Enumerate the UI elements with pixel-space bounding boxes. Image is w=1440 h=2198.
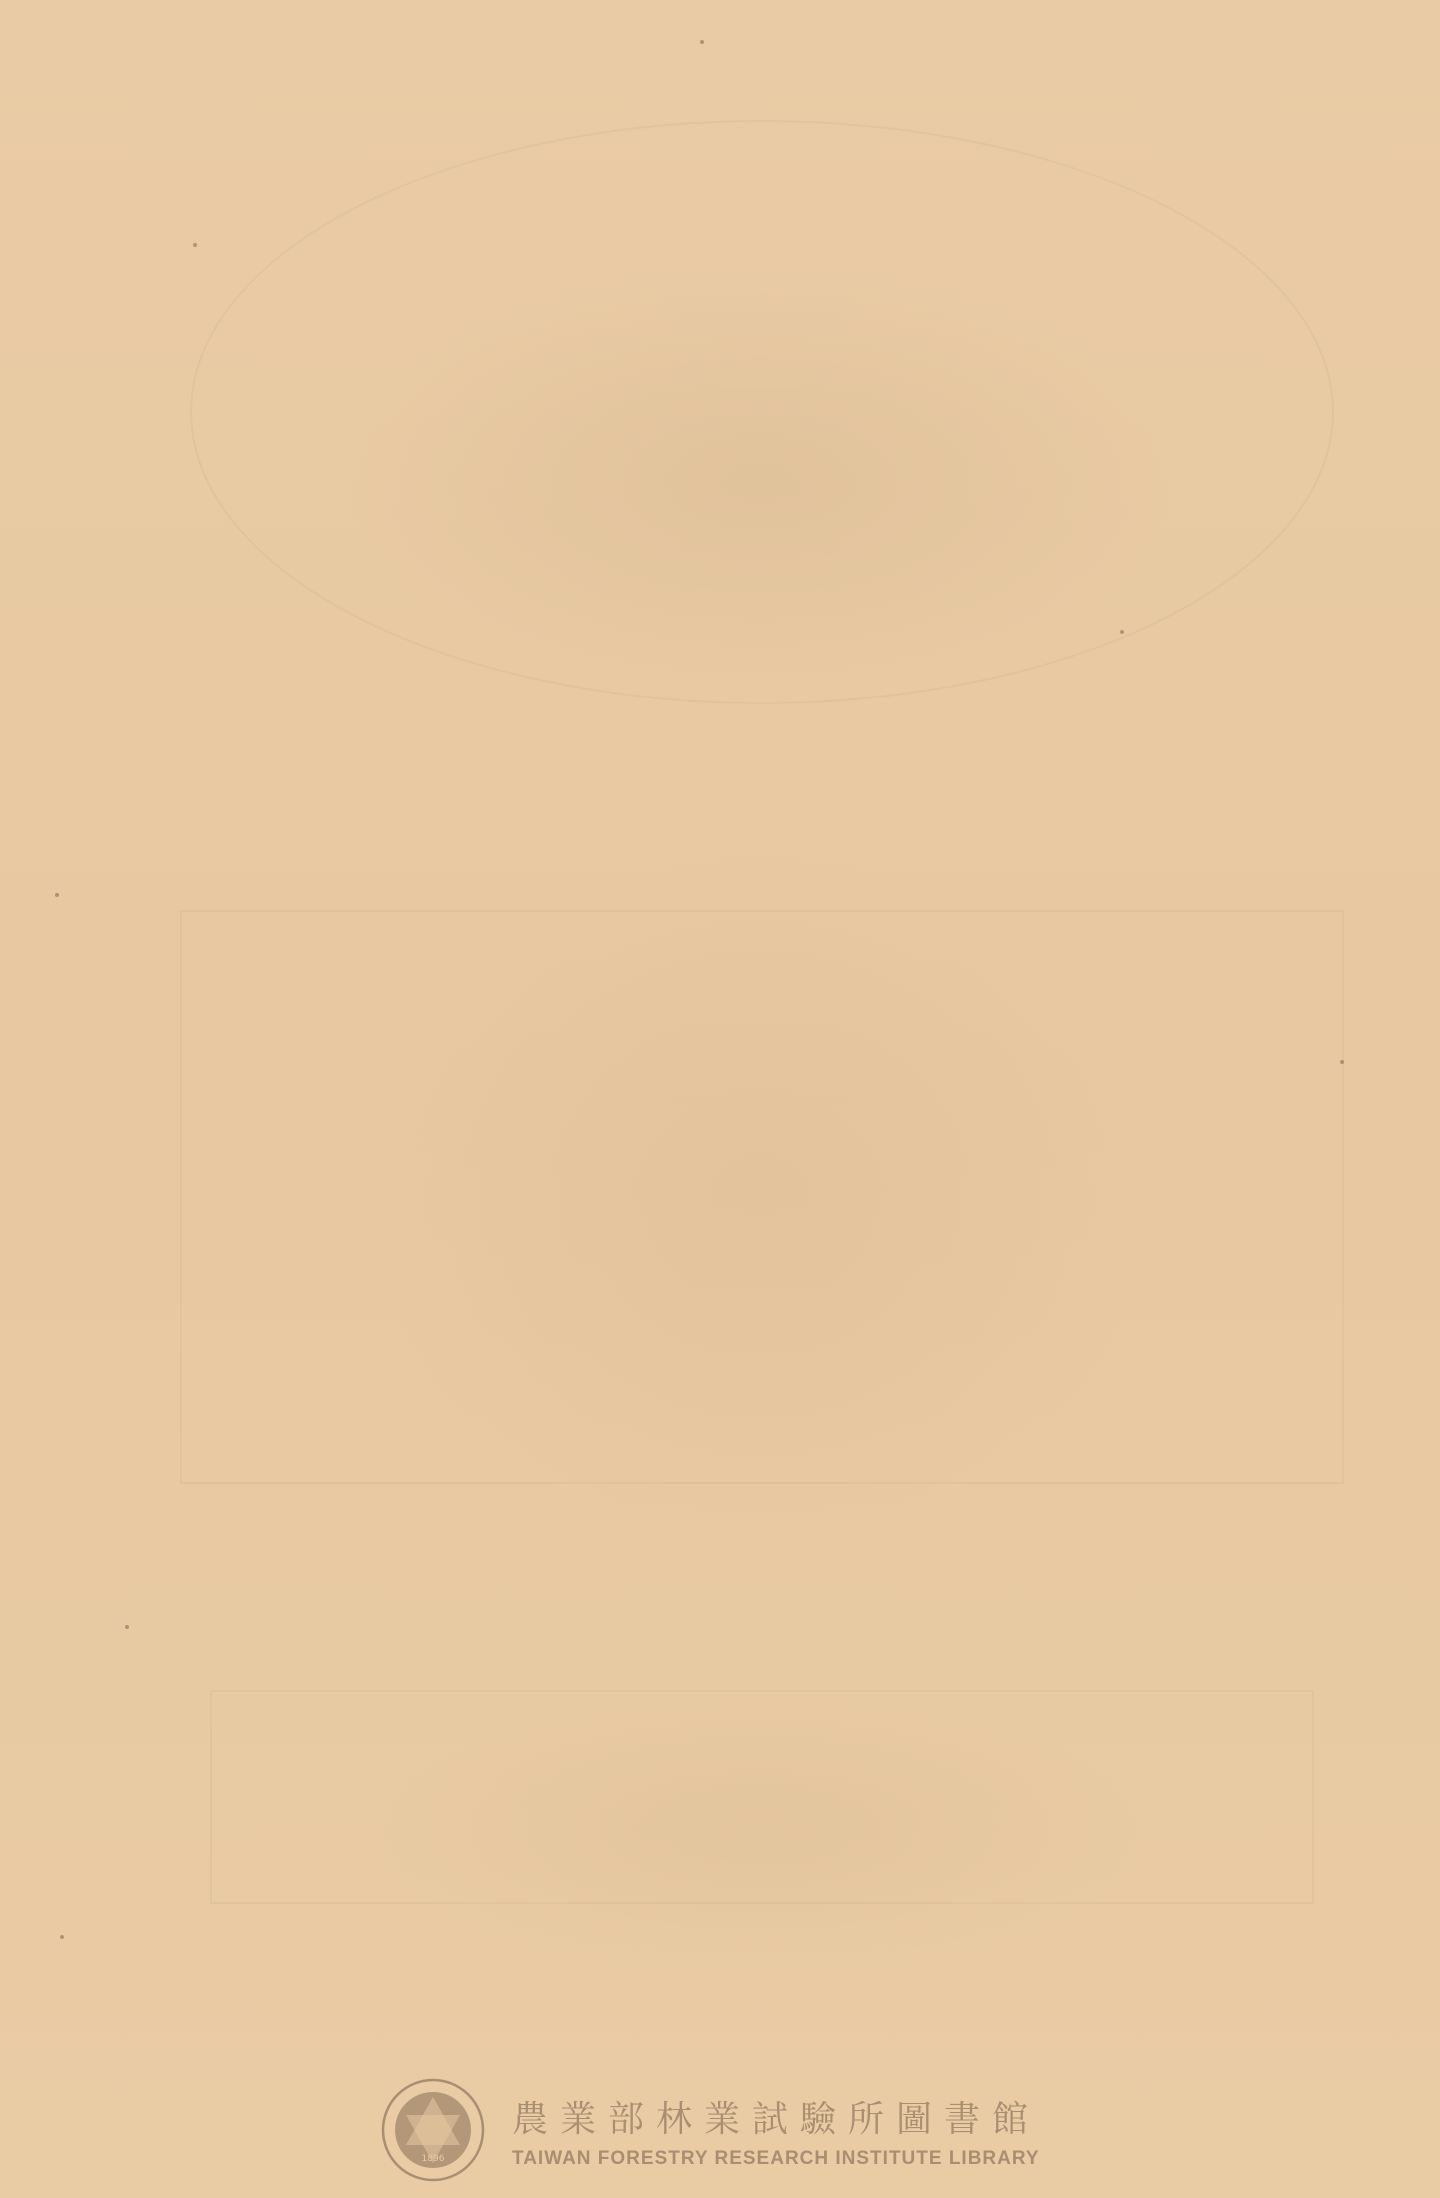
bleed-through-rectangle — [180, 910, 1344, 1484]
star-of-david-emblem-icon: 1896 — [378, 2075, 488, 2185]
library-watermark: 1896 農業部林業試驗所圖書館 TAIWAN FORESTRY RESEARC… — [378, 2070, 1078, 2190]
svg-text:1896: 1896 — [422, 2154, 445, 2164]
paper-speck — [700, 40, 704, 44]
paper-speck — [60, 1935, 64, 1939]
library-name-english: TAIWAN FORESTRY RESEARCH INSTITUTE LIBRA… — [512, 2148, 1040, 2170]
scanned-paper-page: 1896 農業部林業試驗所圖書館 TAIWAN FORESTRY RESEARC… — [0, 0, 1440, 2198]
library-name-chinese: 農業部林業試驗所圖書館 — [512, 2091, 1040, 2142]
paper-speck — [55, 893, 59, 897]
bleed-through-band — [210, 1690, 1314, 1904]
bleed-through-oval — [190, 120, 1334, 704]
paper-speck — [125, 1625, 129, 1629]
paper-speck — [1340, 1060, 1344, 1064]
paper-speck — [193, 243, 197, 247]
paper-speck — [1120, 630, 1124, 634]
